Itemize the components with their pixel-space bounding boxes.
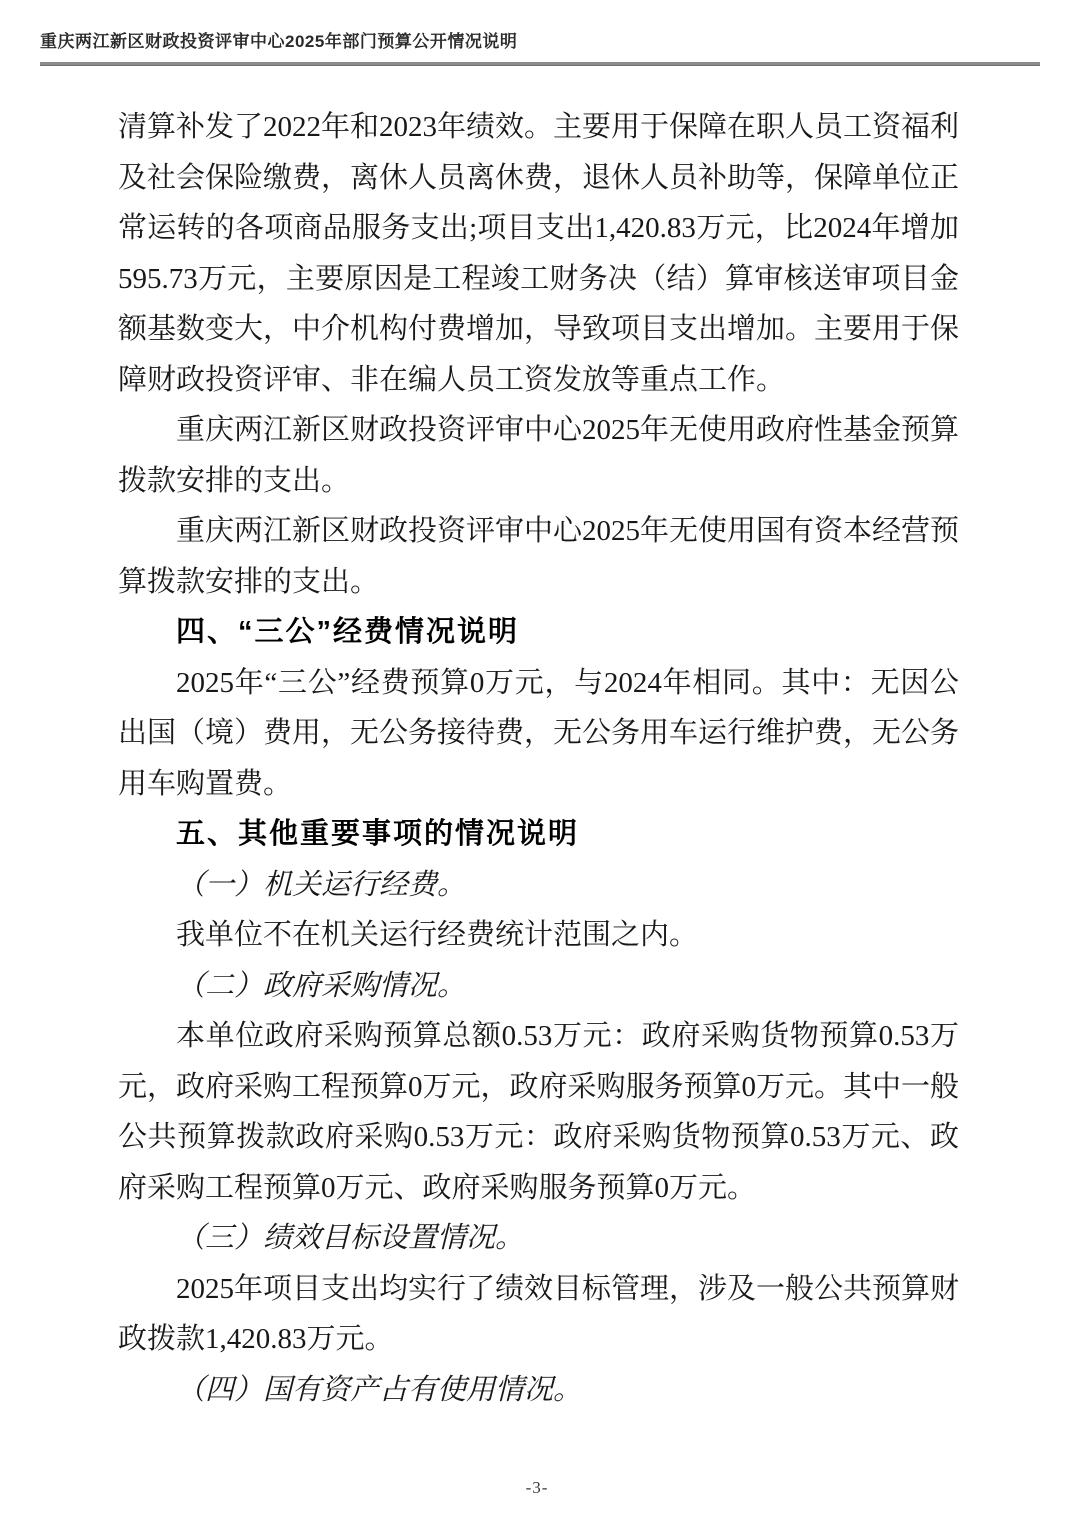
subsection-heading-state-assets: （四）国有资产占有使用情况。 (118, 1365, 959, 1416)
paragraph-government-procurement-detail: 本单位政府采购预算总额0.53万元：政府采购货物预算0.53万元，政府采购工程预… (118, 1011, 959, 1213)
document-body: 清算补发了2022年和2023年绩效。主要用于保障在职人员工资福利及社会保险缴费… (118, 102, 959, 1415)
document-page: 重庆两江新区财政投资评审中心2025年部门预算公开情况说明 清算补发了2022年… (0, 0, 1074, 1520)
page-number: -3- (526, 1478, 549, 1497)
subsection-heading-performance-targets: （三）绩效目标设置情况。 (118, 1213, 959, 1264)
header-title: 重庆两江新区财政投资评审中心2025年部门预算公开情况说明 (40, 27, 517, 52)
subsection-heading-government-procurement: （二）政府采购情况。 (118, 961, 959, 1012)
paragraph-performance-targets-detail: 2025年项目支出均实行了绩效目标管理，涉及一般公共预算财政拨款1,420.83… (118, 1264, 959, 1365)
paragraph-performance-pay-and-project-expense: 清算补发了2022年和2023年绩效。主要用于保障在职人员工资福利及社会保险缴费… (118, 102, 959, 405)
header-rule (40, 62, 1040, 66)
paragraph-agency-operating-funds-detail: 我单位不在机关运行经费统计范围之内。 (118, 910, 959, 961)
paragraph-government-fund-budget: 重庆两江新区财政投资评审中心2025年无使用政府性基金预算拨款安排的支出。 (118, 405, 959, 506)
paragraph-three-public-funds-detail: 2025年“三公”经费预算0万元，与2024年相同。其中：无因公出国（境）费用，… (118, 658, 959, 810)
section-heading-other-important-items: 五、其他重要事项的情况说明 (118, 809, 959, 860)
subsection-heading-agency-operating-funds: （一）机关运行经费。 (118, 860, 959, 911)
paragraph-state-capital-budget: 重庆两江新区财政投资评审中心2025年无使用国有资本经营预算拨款安排的支出。 (118, 506, 959, 607)
section-heading-three-public-funds: 四、“三公”经费情况说明 (118, 607, 959, 658)
page-footer: -3- (0, 1478, 1074, 1498)
